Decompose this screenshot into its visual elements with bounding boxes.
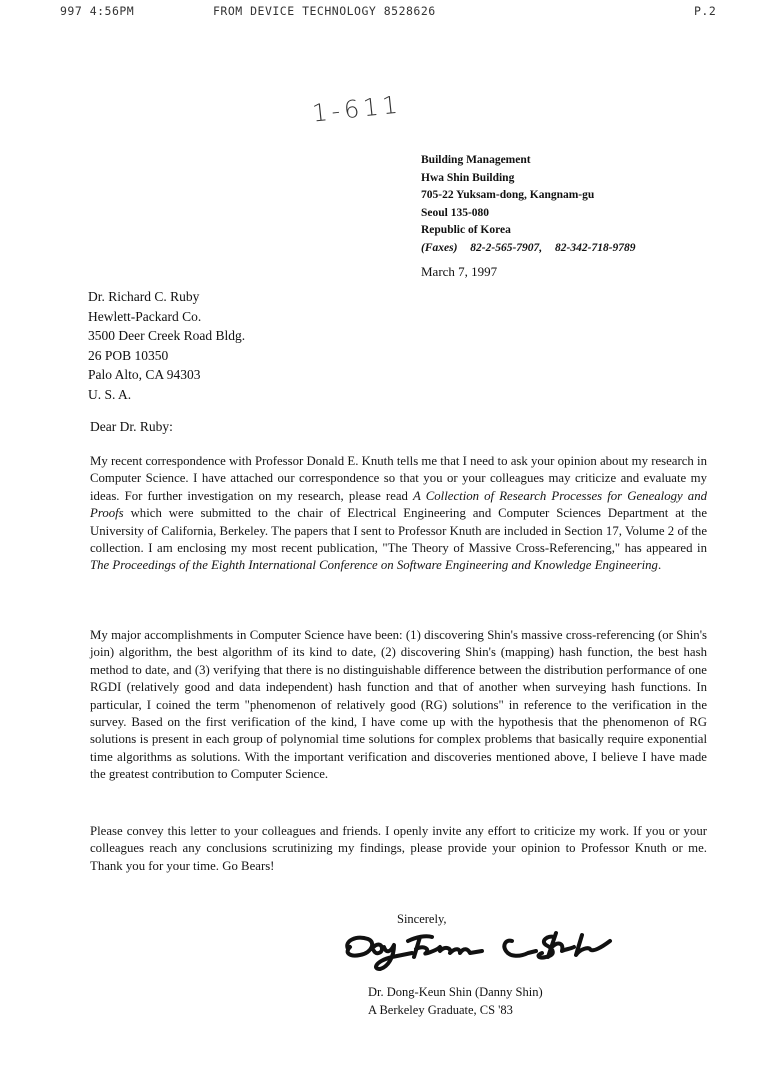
recipient-pob: 26 POB 10350 <box>88 346 245 366</box>
handwritten-signature-icon <box>342 927 622 972</box>
body-paragraph-1: My recent correspondence with Professor … <box>90 453 707 575</box>
closing: Sincerely, <box>397 912 447 927</box>
sender-line-2: Hwa Shin Building <box>421 170 646 188</box>
signer-block: Dr. Dong-Keun Shin (Danny Shin) A Berkel… <box>368 983 543 1019</box>
recipient-city: Palo Alto, CA 94303 <box>88 365 245 385</box>
recipient-address-block: Dr. Richard C. Ruby Hewlett-Packard Co. … <box>88 287 245 405</box>
recipient-country: U. S. A. <box>88 385 245 405</box>
fax-label: (Faxes) <box>421 240 457 258</box>
paragraph-1-text-b: which were submitted to the chair of Ele… <box>90 506 707 555</box>
sender-line-5: Republic of Korea <box>421 222 646 240</box>
fax-number-1: 82-2-565-7907, <box>470 240 542 258</box>
paragraph-1-text-c: . <box>658 558 661 572</box>
recipient-street: 3500 Deer Creek Road Bldg. <box>88 326 245 346</box>
letter-date: March 7, 1997 <box>421 264 497 280</box>
sender-line-1: Building Management <box>421 152 646 170</box>
body-paragraph-3: Please convey this letter to your collea… <box>90 823 707 875</box>
recipient-name: Dr. Richard C. Ruby <box>88 287 245 307</box>
sender-line-4: Seoul 135-080 <box>421 205 646 223</box>
sender-address-block: Building Management Hwa Shin Building 70… <box>421 152 646 257</box>
body-paragraph-2: My major accomplishments in Computer Sci… <box>90 627 707 784</box>
recipient-company: Hewlett-Packard Co. <box>88 307 245 327</box>
sender-line-3: 705-22 Yuksam-dong, Kangnam-gu <box>421 187 646 205</box>
fax-sender-line: FROM DEVICE TECHNOLOGY 8528626 <box>213 4 436 18</box>
handwritten-note: 1-611 <box>311 90 403 127</box>
salutation: Dear Dr. Ruby: <box>90 419 173 435</box>
sender-fax-numbers: (Faxes) 82-2-565-7907, 82-342-718-9789 <box>421 240 646 258</box>
fax-number-2: 82-342-718-9789 <box>555 240 636 258</box>
fax-header: 997 4:56PM FROM DEVICE TECHNOLOGY 852862… <box>0 4 760 20</box>
signer-title: A Berkeley Graduate, CS '83 <box>368 1001 543 1019</box>
fax-page-number: P.2 <box>694 4 716 18</box>
signer-name: Dr. Dong-Keun Shin (Danny Shin) <box>368 983 543 1001</box>
fax-timestamp: 997 4:56PM <box>60 4 134 18</box>
proceedings-title: The Proceedings of the Eighth Internatio… <box>90 558 658 572</box>
